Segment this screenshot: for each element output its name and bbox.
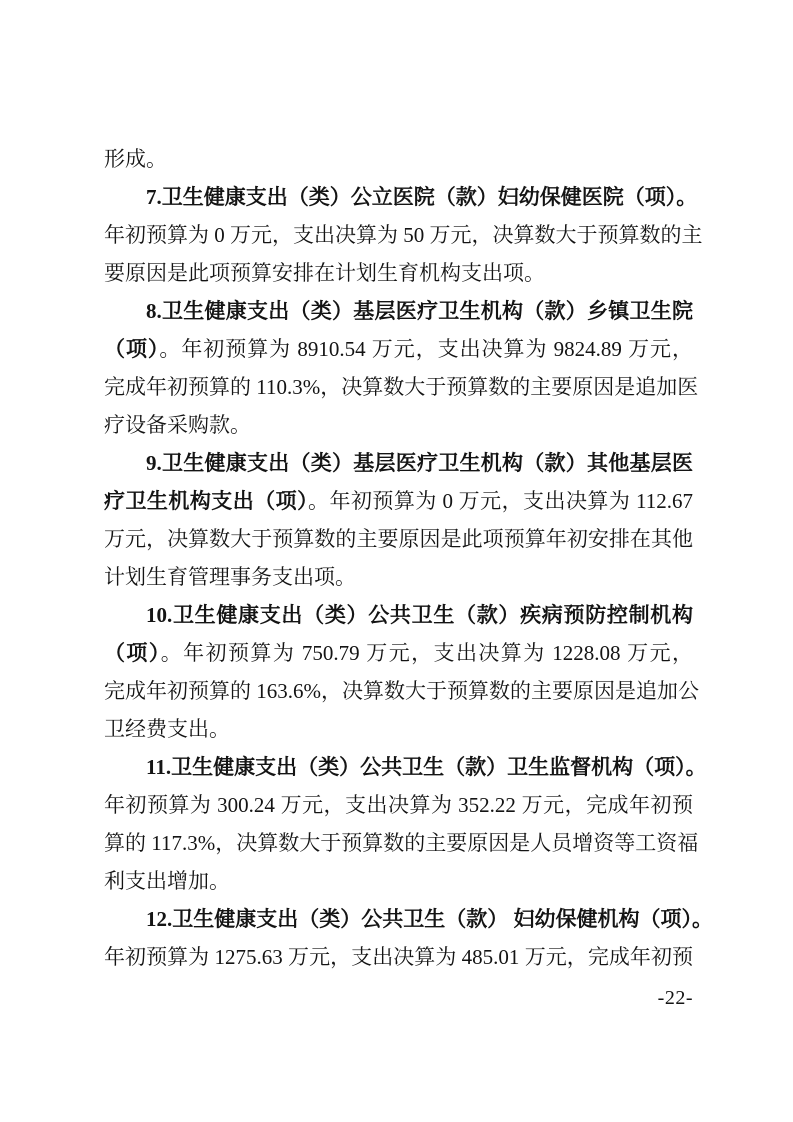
text-segment: 。年初预算为 0 万元，支出决算为 112.67: [308, 489, 693, 513]
text-segment: 完成年初预算的 110.3%，决算数大于预算数的主要原因是追加医: [104, 375, 698, 399]
text-segment: 利支出增加。: [104, 869, 230, 893]
text-segment: 疗设备采购款。: [104, 413, 251, 437]
text-line: 利支出增加。: [104, 862, 693, 900]
bold-text-segment: 10.卫生健康支出（类）公共卫生（款）疾病预防控制机构: [146, 603, 693, 627]
text-segment: 完成年初预算的 163.6%，决算数大于预算数的主要原因是追加公: [104, 679, 699, 703]
bold-text-segment: 9.卫生健康支出（类）基层医疗卫生机构（款）其他基层医: [146, 451, 693, 475]
text-segment: 形成。: [104, 147, 167, 171]
text-segment: 年初预算为 300.24 万元，支出决算为 352.22 万元，完成年初预: [104, 793, 693, 817]
text-line: 7.卫生健康支出（类）公立医院（款）妇幼保健医院（项）。: [104, 178, 693, 216]
text-line: 11.卫生健康支出（类）公共卫生（款）卫生监督机构（项）。: [104, 748, 693, 786]
text-line: 12.卫生健康支出（类）公共卫生（款） 妇幼保健机构（项）。: [104, 900, 693, 938]
text-segment: 算的 117.3%，决算数大于预算数的主要原因是人员增资等工资福: [104, 831, 698, 855]
text-line: 完成年初预算的 163.6%，决算数大于预算数的主要原因是追加公: [104, 672, 693, 710]
bold-text-segment: 12.卫生健康支出（类）公共卫生（款） 妇幼保健机构（项）。: [146, 907, 713, 931]
text-line: 10.卫生健康支出（类）公共卫生（款）疾病预防控制机构: [104, 596, 693, 634]
text-segment: 。年初预算为 750.79 万元，支出决算为 1228.08 万元，: [161, 641, 693, 665]
text-line: 疗设备采购款。: [104, 406, 693, 444]
page-number: -22-: [658, 986, 693, 1010]
text-line: 年初预算为 0 万元，支出决算为 50 万元，决算数大于预算数的主: [104, 216, 693, 254]
bold-text-segment: 疗卫生机构支出（项）: [104, 489, 308, 513]
bold-text-segment: 11.卫生健康支出（类）公共卫生（款）卫生监督机构（项）。: [146, 755, 707, 779]
text-line: 年初预算为 1275.63 万元，支出决算为 485.01 万元，完成年初预: [104, 938, 693, 976]
text-line: 形成。: [104, 140, 693, 178]
text-line: 算的 117.3%，决算数大于预算数的主要原因是人员增资等工资福: [104, 824, 693, 862]
text-segment: 计划生育管理事务支出项。: [104, 565, 356, 589]
document-page: 形成。7.卫生健康支出（类）公立医院（款）妇幼保健医院（项）。年初预算为 0 万…: [0, 0, 793, 1122]
text-segment: 年初预算为 0 万元，支出决算为 50 万元，决算数大于预算数的主: [104, 223, 703, 247]
text-segment: 年初预算为 1275.63 万元，支出决算为 485.01 万元，完成年初预: [104, 945, 693, 969]
text-line: 9.卫生健康支出（类）基层医疗卫生机构（款）其他基层医: [104, 444, 693, 482]
bold-text-segment: （项）: [104, 641, 161, 665]
text-line: 完成年初预算的 110.3%，决算数大于预算数的主要原因是追加医: [104, 368, 693, 406]
text-line: 计划生育管理事务支出项。: [104, 558, 693, 596]
bold-text-segment: （项）: [104, 337, 159, 361]
bold-text-segment: 7.卫生健康支出（类）公立医院（款）妇幼保健医院（项）。: [146, 185, 697, 209]
text-line: 年初预算为 300.24 万元，支出决算为 352.22 万元，完成年初预: [104, 786, 693, 824]
text-line: 卫经费支出。: [104, 710, 693, 748]
text-segment: 卫经费支出。: [104, 717, 230, 741]
text-line: （项）。年初预算为 8910.54 万元，支出决算为 9824.89 万元，: [104, 330, 693, 368]
text-line: 要原因是此项预算安排在计划生育机构支出项。: [104, 254, 693, 292]
document-body: 形成。7.卫生健康支出（类）公立医院（款）妇幼保健医院（项）。年初预算为 0 万…: [104, 140, 693, 976]
text-line: 8.卫生健康支出（类）基层医疗卫生机构（款）乡镇卫生院: [104, 292, 693, 330]
text-segment: 要原因是此项预算安排在计划生育机构支出项。: [104, 261, 545, 285]
text-line: 疗卫生机构支出（项）。年初预算为 0 万元，支出决算为 112.67: [104, 482, 693, 520]
text-segment: 。年初预算为 8910.54 万元，支出决算为 9824.89 万元，: [159, 337, 693, 361]
text-segment: 万元，决算数大于预算数的主要原因是此项预算年初安排在其他: [104, 527, 693, 551]
text-line: （项）。年初预算为 750.79 万元，支出决算为 1228.08 万元，: [104, 634, 693, 672]
bold-text-segment: 8.卫生健康支出（类）基层医疗卫生机构（款）乡镇卫生院: [146, 299, 693, 323]
text-line: 万元，决算数大于预算数的主要原因是此项预算年初安排在其他: [104, 520, 693, 558]
